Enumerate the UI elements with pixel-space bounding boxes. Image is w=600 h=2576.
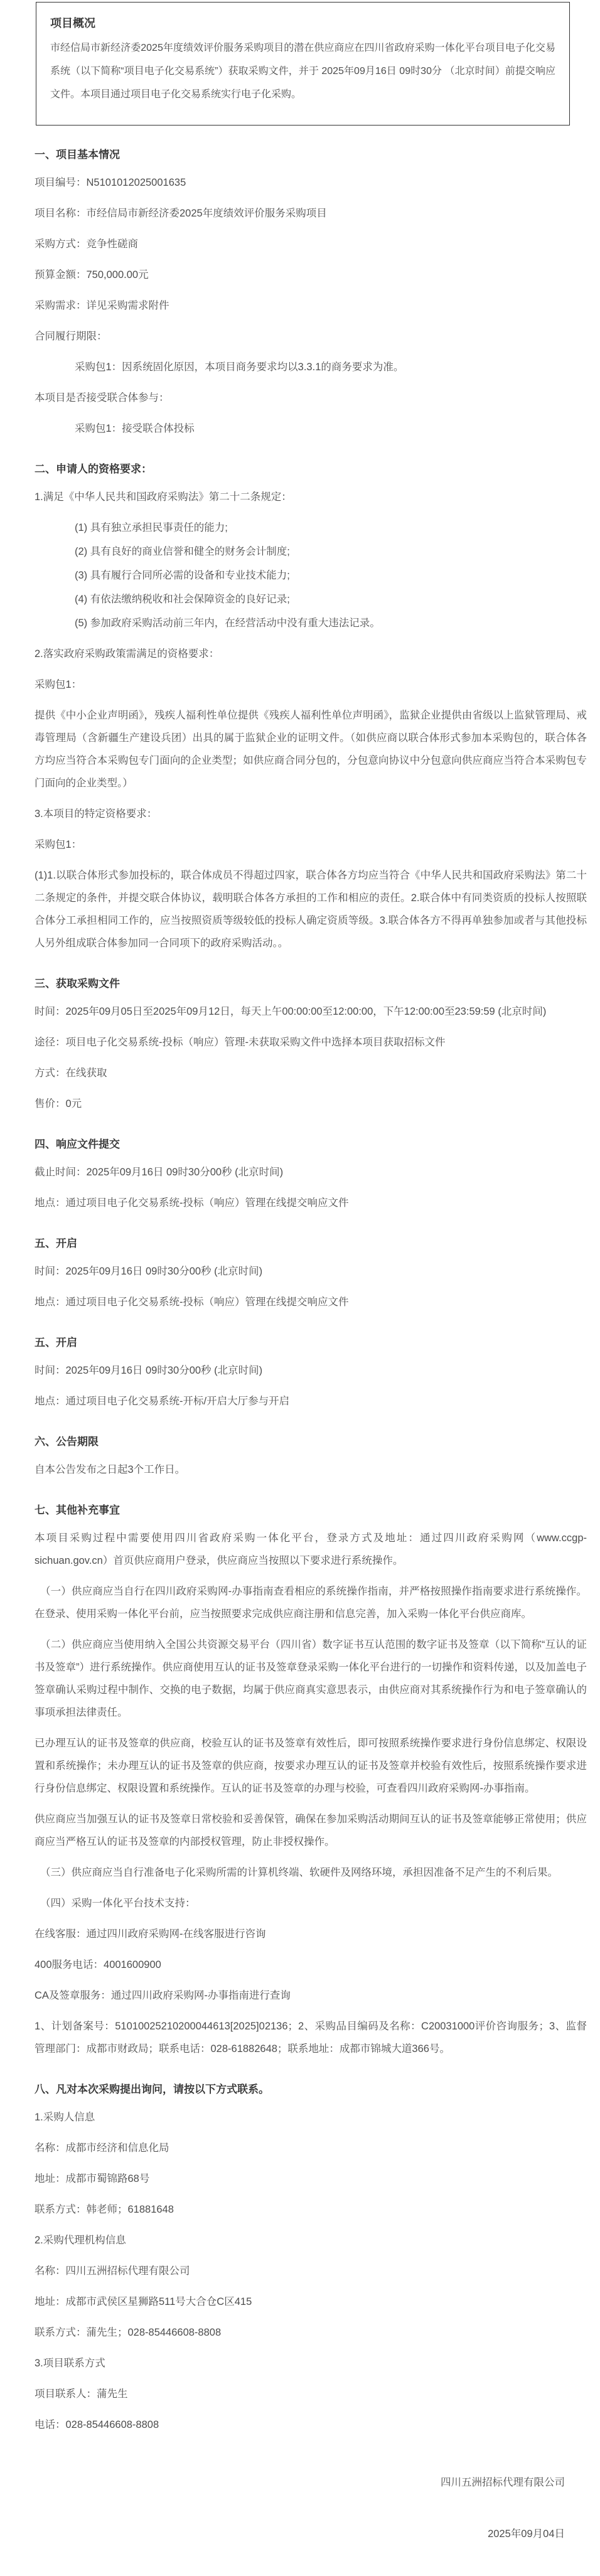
doc-paragraph: 地址：成都市武侯区星狮路511号大合仓C区415	[35, 2290, 587, 2313]
footer-agency-signature: 四川五洲招标代理有限公司	[35, 2471, 565, 2494]
doc-paragraph: 名称：四川五洲招标代理有限公司	[35, 2260, 587, 2282]
section-heading: 七、其他补充事宜	[35, 1502, 587, 1519]
doc-paragraph: （四）采购一体化平台技术支持：	[35, 1892, 587, 1915]
doc-paragraph: 3.项目联系方式	[35, 2352, 587, 2375]
doc-paragraph: 自本公告发布之日起3个工作日。	[35, 1458, 587, 1481]
doc-paragraph: 项目名称：市经信局市新经济委2025年度绩效评价服务采购项目	[35, 202, 587, 225]
doc-paragraph: （三）供应商应当自行准备电子化采购所需的计算机终端、软硬件及网络环境，承担因准备…	[35, 1861, 587, 1884]
qualification-list-item: (2) 具有良好的商业信誉和健全的财务会计制度;	[75, 540, 587, 563]
doc-paragraph: 地点：通过项目电子化交易系统-开标/开启大厅参与开启	[35, 1390, 587, 1413]
doc-paragraph: （二）供应商应当使用纳入全国公共资源交易平台（四川省）数字证书互认范围的数字证书…	[35, 1633, 587, 1724]
doc-paragraph: 本项目是否接受联合体参与：	[35, 387, 587, 409]
doc-paragraph: 400服务电话：4001600900	[35, 1953, 587, 1976]
doc-paragraph: 1.采购人信息	[35, 2106, 587, 2129]
project-overview-box: 项目概况 市经信局市新经济委2025年度绩效评价服务采购项目的潜在供应商应在四川…	[36, 2, 570, 126]
doc-paragraph: 3.本项目的特定资格要求：	[35, 803, 587, 825]
doc-paragraph: 途径：项目电子化交易系统-投标（响应）管理-未获取采购文件中选择本项目获取招标文…	[35, 1031, 587, 1054]
announcement-document: 项目概况 市经信局市新经济委2025年度绩效评价服务采购项目的潜在供应商应在四川…	[0, 0, 600, 2576]
project-overview-text: 市经信局市新经济委2025年度绩效评价服务采购项目的潜在供应商应在四川省政府采购…	[50, 36, 555, 106]
doc-paragraph: 项目编号：N5101012025001635	[35, 171, 587, 194]
doc-paragraph: 名称：成都市经济和信息化局	[35, 2137, 587, 2159]
doc-paragraph: 提供《中小企业声明函》，残疾人福利性单位提供《残疾人福利性单位声明函》，监狱企业…	[35, 704, 587, 794]
doc-paragraph: 时间：2025年09月16日 09时30分00秒 (北京时间)	[35, 1260, 587, 1283]
doc-paragraph: 采购包1：	[35, 833, 587, 856]
doc-paragraph: 1.满足《中华人民共和国政府采购法》第二十二条规定：	[35, 486, 587, 508]
section-heading: 一、项目基本情况	[35, 147, 587, 163]
doc-paragraph: 售价：0元	[35, 1093, 587, 1115]
doc-paragraph: 联系方式：韩老师；61881648	[35, 2198, 587, 2221]
doc-paragraph: (1)1.以联合体形式参加投标的，联合体成员不得超过四家，联合体各方均应当符合《…	[35, 864, 587, 954]
doc-paragraph: 采购方式：竞争性磋商	[35, 233, 587, 255]
qualification-list-item: (1) 具有独立承担民事责任的能力;	[75, 516, 587, 539]
doc-paragraph: 本项目采购过程中需要使用四川省政府采购一体化平台，登录方式及地址：通过四川政府采…	[35, 1527, 587, 1572]
section-heading: 二、申请人的资格要求：	[35, 461, 587, 478]
doc-paragraph: 2.落实政府采购政策需满足的资格要求：	[35, 643, 587, 665]
doc-paragraph: 方式：在线获取	[35, 1062, 587, 1084]
doc-paragraph-indented: 采购包1：接受联合体投标	[75, 417, 587, 440]
doc-paragraph: 预算金额：750,000.00元	[35, 264, 587, 286]
doc-paragraph-indented: 采购包1：因系统固化原因，本项目商务要求均以3.3.1的商务要求为准。	[75, 356, 587, 378]
doc-paragraph: 时间：2025年09月16日 09时30分00秒 (北京时间)	[35, 1359, 587, 1382]
doc-paragraph: 地点：通过项目电子化交易系统-投标（响应）管理在线提交响应文件	[35, 1291, 587, 1313]
section-heading: 三、获取采购文件	[35, 976, 587, 992]
project-overview-title: 项目概况	[50, 14, 555, 33]
doc-paragraph: 2.采购代理机构信息	[35, 2229, 587, 2252]
doc-paragraph: 联系方式：蒲先生；028-85446608-8808	[35, 2321, 587, 2344]
doc-paragraph: 地址：成都市蜀锦路68号	[35, 2167, 587, 2190]
doc-paragraph: 采购需求：详见采购需求附件	[35, 294, 587, 317]
doc-paragraph: 1、计划备案号：51010025210200044613[2025]02136；…	[35, 2015, 587, 2060]
doc-paragraph: 截止时间：2025年09月16日 09时30分00秒 (北京时间)	[35, 1161, 587, 1184]
doc-paragraph: 采购包1：	[35, 673, 587, 696]
doc-paragraph: 地点：通过项目电子化交易系统-投标（响应）管理在线提交响应文件	[35, 1192, 587, 1214]
section-heading: 八、凡对本次采购提出询问，请按以下方式联系。	[35, 2082, 587, 2098]
doc-paragraph: 时间：2025年09月05日至2025年09月12日，每天上午00:00:00至…	[35, 1000, 587, 1023]
qualification-list-item: (4) 有依法缴纳税收和社会保障资金的良好记录;	[75, 588, 587, 611]
doc-paragraph: 电话：028-85446608-8808	[35, 2413, 587, 2436]
doc-paragraph: CA及签章服务：通过四川政府采购网-办事指南进行查询	[35, 1984, 587, 2007]
qualification-list-item: (5) 参加政府采购活动前三年内，在经营活动中没有重大违法记录。	[75, 612, 587, 634]
section-heading: 五、开启	[35, 1236, 587, 1252]
doc-paragraph: 供应商应当加强互认的证书及签章日常校验和妥善保管，确保在参加采购活动期间互认的证…	[35, 1808, 587, 1853]
section-heading: 六、公告期限	[35, 1434, 587, 1450]
doc-paragraph: 在线客服：通过四川政府采购网-在线客服进行咨询	[35, 1923, 587, 1945]
document-body: 一、项目基本情况项目编号：N5101012025001635项目名称：市经信局市…	[35, 147, 587, 2545]
qualification-list-item: (3) 具有履行合同所必需的设备和专业技术能力;	[75, 564, 587, 587]
doc-paragraph: 合同履行期限：	[35, 325, 587, 348]
section-heading: 四、响应文件提交	[35, 1136, 587, 1153]
doc-paragraph: 项目联系人：蒲先生	[35, 2383, 587, 2405]
footer-date: 2025年09月04日	[35, 2523, 565, 2545]
doc-paragraph: （一）供应商应当自行在四川政府采购网-办事指南查看相应的系统操作指南，并严格按照…	[35, 1580, 587, 1625]
doc-paragraph: 已办理互认的证书及签章的供应商，校验互认的证书及签章有效性后，即可按照系统操作要…	[35, 1732, 587, 1800]
section-heading: 五、开启	[35, 1335, 587, 1351]
